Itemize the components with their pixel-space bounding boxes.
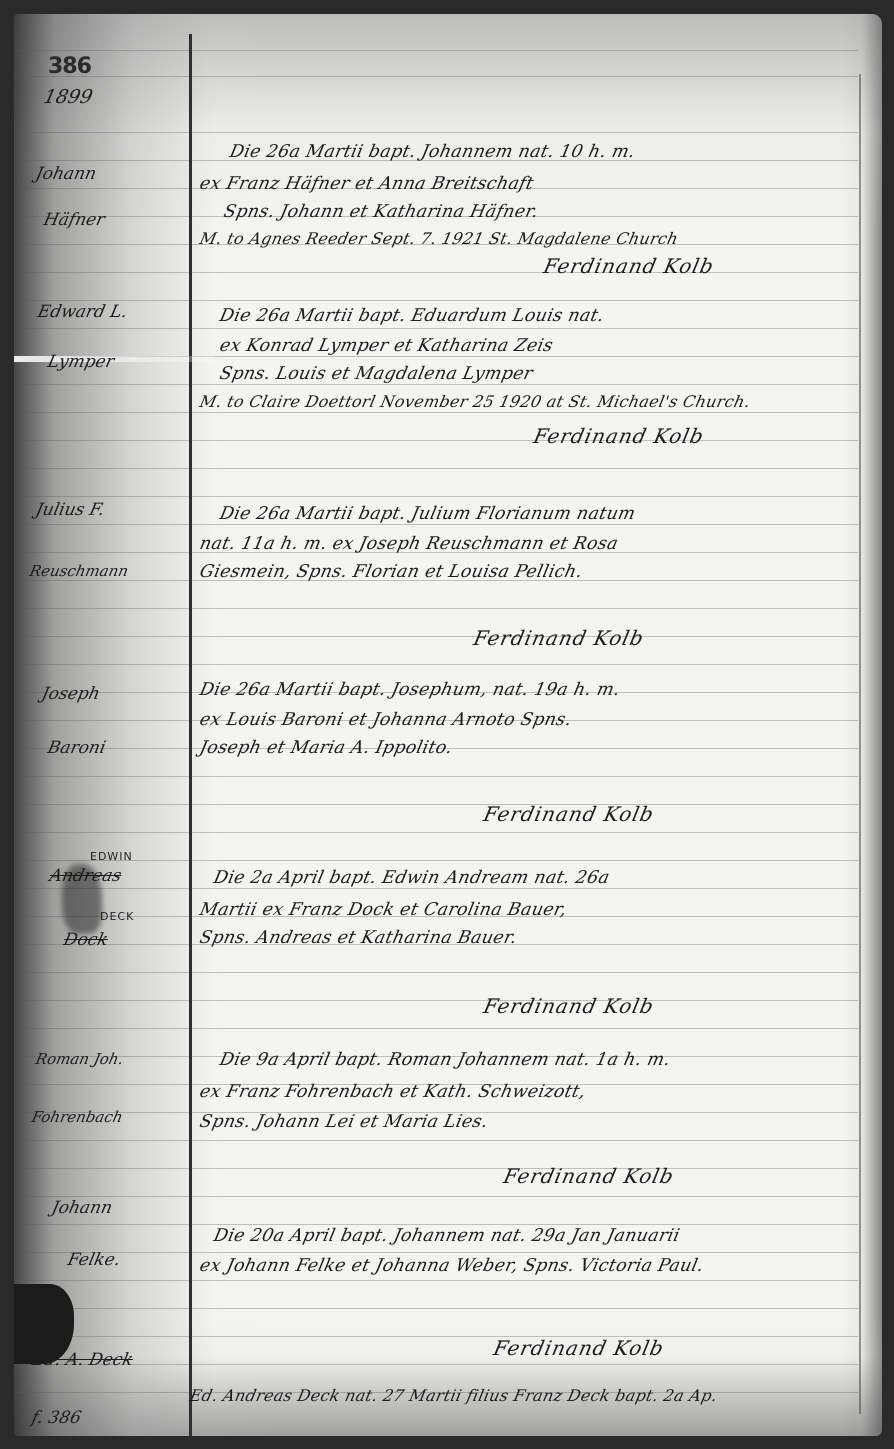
entry-5-line-1: Die 2a April bapt. Edwin Andream nat. 26… [212,868,612,888]
footer-margin-name: Ed. A. Deck [30,1350,135,1370]
entry-7-margin-surname: Felke. [66,1250,122,1270]
scanned-document: 386 1899 Johann Häfner Die 26a Martii ba… [0,0,894,1449]
footer-line: Ed. Andreas Deck nat. 27 Martii filius F… [188,1386,719,1405]
entry-5-correction-given: EDWIN [90,850,133,863]
entry-2-line-1: Die 26a Martii bapt. Eduardum Louis nat. [218,306,606,326]
entry-1-annotation: M. to Agnes Reeder Sept. 7. 1921 St. Mag… [198,229,680,248]
entry-2-annotation: M. to Claire Doettorl November 25 1920 a… [198,392,752,411]
entry-5-margin-given: Andreas [48,866,123,886]
entry-2-margin-surname: Lymper [46,352,116,372]
margin-column-divider [189,34,192,1436]
entry-5-line-3: Spns. Andreas et Katharina Bauer. [198,928,519,948]
entry-4-margin-given: Joseph [40,684,102,704]
entry-7-signature: Ferdinand Kolb [491,1336,666,1360]
entry-6-line-2: ex Franz Fohrenbach et Kath. Schweizott, [198,1082,588,1102]
page-number: 386 [48,54,91,79]
entry-2-margin-given: Edward L. [36,302,129,322]
entry-5-signature: Ferdinand Kolb [481,994,656,1018]
entry-6-signature: Ferdinand Kolb [501,1164,676,1188]
entry-1-margin-surname: Häfner [42,210,107,230]
entry-3-line-2: nat. 11a h. m. ex Joseph Reuschmann et R… [198,534,620,554]
entry-1-margin-given: Johann [34,164,98,184]
entry-5-correction-surname: DECK [100,910,134,923]
entry-3-line-3: Giesmein, Spns. Florian et Louisa Pellic… [198,562,585,582]
entry-1-signature: Ferdinand Kolb [541,254,716,278]
entry-5-margin-surname: Dock [62,930,110,950]
entry-3-margin-surname: Reuschmann [28,562,130,580]
footer-margin-reference: f. 386 [30,1408,83,1428]
entry-3-signature: Ferdinand Kolb [471,626,646,650]
entry-1-line-2: ex Franz Häfner et Anna Breitschaft [198,174,536,194]
entry-3-line-1: Die 26a Martii bapt. Julium Florianum na… [218,504,637,524]
entry-4-line-2: ex Louis Baroni et Johanna Arnoto Spns. [198,710,574,730]
entry-6-line-1: Die 9a April bapt. Roman Johannem nat. 1… [218,1050,672,1070]
right-column-rule [859,74,861,1414]
entry-3-margin-given: Julius F. [34,500,107,520]
entry-6-margin-surname: Fohrenbach [30,1108,124,1126]
entry-2-line-2: ex Konrad Lymper et Katharina Zeis [218,336,555,356]
entry-4-signature: Ferdinand Kolb [481,802,656,826]
year-label: 1899 [42,86,95,108]
entry-6-line-3: Spns. Johann Lei et Maria Lies. [198,1112,490,1132]
entry-4-line-3: Joseph et Maria A. Ippolito. [198,738,454,758]
entry-7-margin-given: Johann [50,1198,114,1218]
register-page: 386 1899 Johann Häfner Die 26a Martii ba… [14,14,882,1436]
entry-2-line-3: Spns. Louis et Magdalena Lymper [218,364,535,384]
entry-4-line-1: Die 26a Martii bapt. Josephum, nat. 19a … [198,680,622,700]
entry-2-signature: Ferdinand Kolb [531,424,706,448]
entry-7-line-2: ex Johann Felke et Johanna Weber, Spns. … [198,1256,706,1276]
entry-6-margin-given: Roman Joh. [34,1050,125,1068]
entry-7-line-1: Die 20a April bapt. Johannem nat. 29a Ja… [212,1226,682,1246]
entry-5-line-2: Martii ex Franz Dock et Carolina Bauer, [198,900,569,920]
entry-1-line-3: Spns. Johann et Katharina Häfner. [222,202,540,222]
entry-1-line-1: Die 26a Martii bapt. Johannem nat. 10 h.… [228,142,637,162]
entry-4-margin-surname: Baroni [46,738,108,758]
